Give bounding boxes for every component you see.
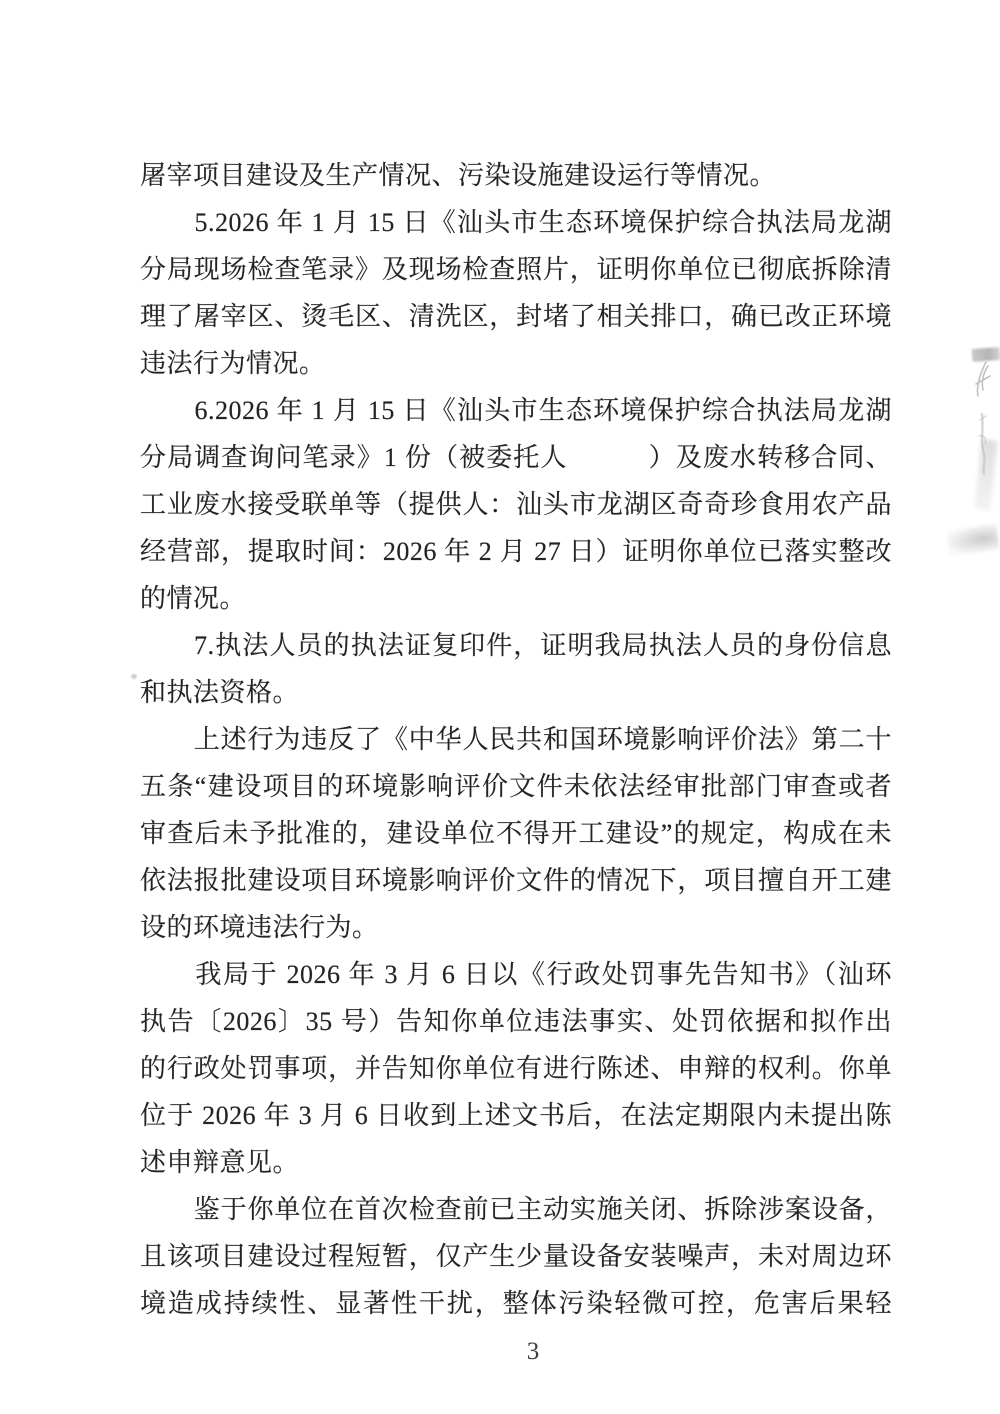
text-line: 违法行为情况。: [140, 340, 892, 387]
text-line: 6.2026 年 1 月 15 日《汕头市生态环境保护综合执法局龙湖: [140, 387, 892, 434]
text-line: 且该项目建设过程短暂，仅产生少量设备安装噪声，未对周边环: [140, 1233, 892, 1280]
text-line: 和执法资格。: [140, 669, 892, 716]
page-footer: 3: [0, 1332, 1000, 1372]
text-line: 7.执法人员的执法证复印件，证明我局执法人员的身份信息: [140, 622, 892, 669]
text-line: 我局于 2026 年 3 月 6 日以《行政处罚事先告知书》（汕环: [140, 951, 892, 998]
text-line: 5.2026 年 1 月 15 日《汕头市生态环境保护综合执法局龙湖: [140, 199, 892, 246]
text-line: 分局调查询问笔录》1 份（被委托人 ）及废水转移合同、: [140, 434, 892, 481]
text-line: 工业废水接受联单等（提供人：汕头市龙湖区奇奇珍食用农产品: [140, 481, 892, 528]
scan-streak-artifact: [974, 439, 997, 510]
text-line: 分局现场检查笔录》及现场检查照片，证明你单位已彻底拆除清: [140, 246, 892, 293]
text-line: 鉴于你单位在首次检查前已主动实施关闭、拆除涉案设备，: [140, 1186, 892, 1233]
text-line: 位于 2026 年 3 月 6 日收到上述文书后，在法定期限内未提出陈: [140, 1092, 892, 1139]
pencil-mark-artifact: [940, 356, 998, 476]
text-line: 经营部，提取时间：2026 年 2 月 27 日）证明你单位已落实整改: [140, 528, 892, 575]
text-line: 屠宰项目建设及生产情况、污染设施建设运行等情况。: [140, 152, 892, 199]
scan-smudge-artifact: [946, 524, 999, 557]
text-line: 理了屠宰区、烫毛区、清洗区，封堵了相关排口，确已改正环境: [140, 293, 892, 340]
document-page: 屠宰项目建设及生产情况、污染设施建设运行等情况。 5.2026 年 1 月 15…: [0, 0, 1000, 1414]
text-line: 的行政处罚事项，并告知你单位有进行陈述、申辩的权利。你单: [140, 1045, 892, 1092]
text-line: 的情况。: [140, 575, 892, 622]
text-line: 设的环境违法行为。: [140, 904, 892, 951]
text-line: 述申辩意见。: [140, 1139, 892, 1186]
document-body: 屠宰项目建设及生产情况、污染设施建设运行等情况。 5.2026 年 1 月 15…: [140, 152, 892, 1327]
scan-smudge-artifact: [972, 347, 1000, 362]
text-line: 境造成持续性、显著性干扰，整体污染轻微可控，危害后果轻微；: [140, 1280, 892, 1327]
text-line: 执告〔2026〕35 号）告知你单位违法事实、处罚依据和拟作出: [140, 998, 892, 1045]
text-line: 审查后未予批准的，建设单位不得开工建设”的规定，构成在未: [140, 810, 892, 857]
page-number: 3: [527, 1332, 540, 1372]
text-line: 上述行为违反了《中华人民共和国环境影响评价法》第二十: [140, 716, 892, 763]
text-line: 五条“建设项目的环境影响评价文件未依法经审批部门审查或者: [140, 763, 892, 810]
scan-dot-artifact: [131, 674, 137, 679]
text-line: 依法报批建设项目环境影响评价文件的情况下，项目擅自开工建: [140, 857, 892, 904]
